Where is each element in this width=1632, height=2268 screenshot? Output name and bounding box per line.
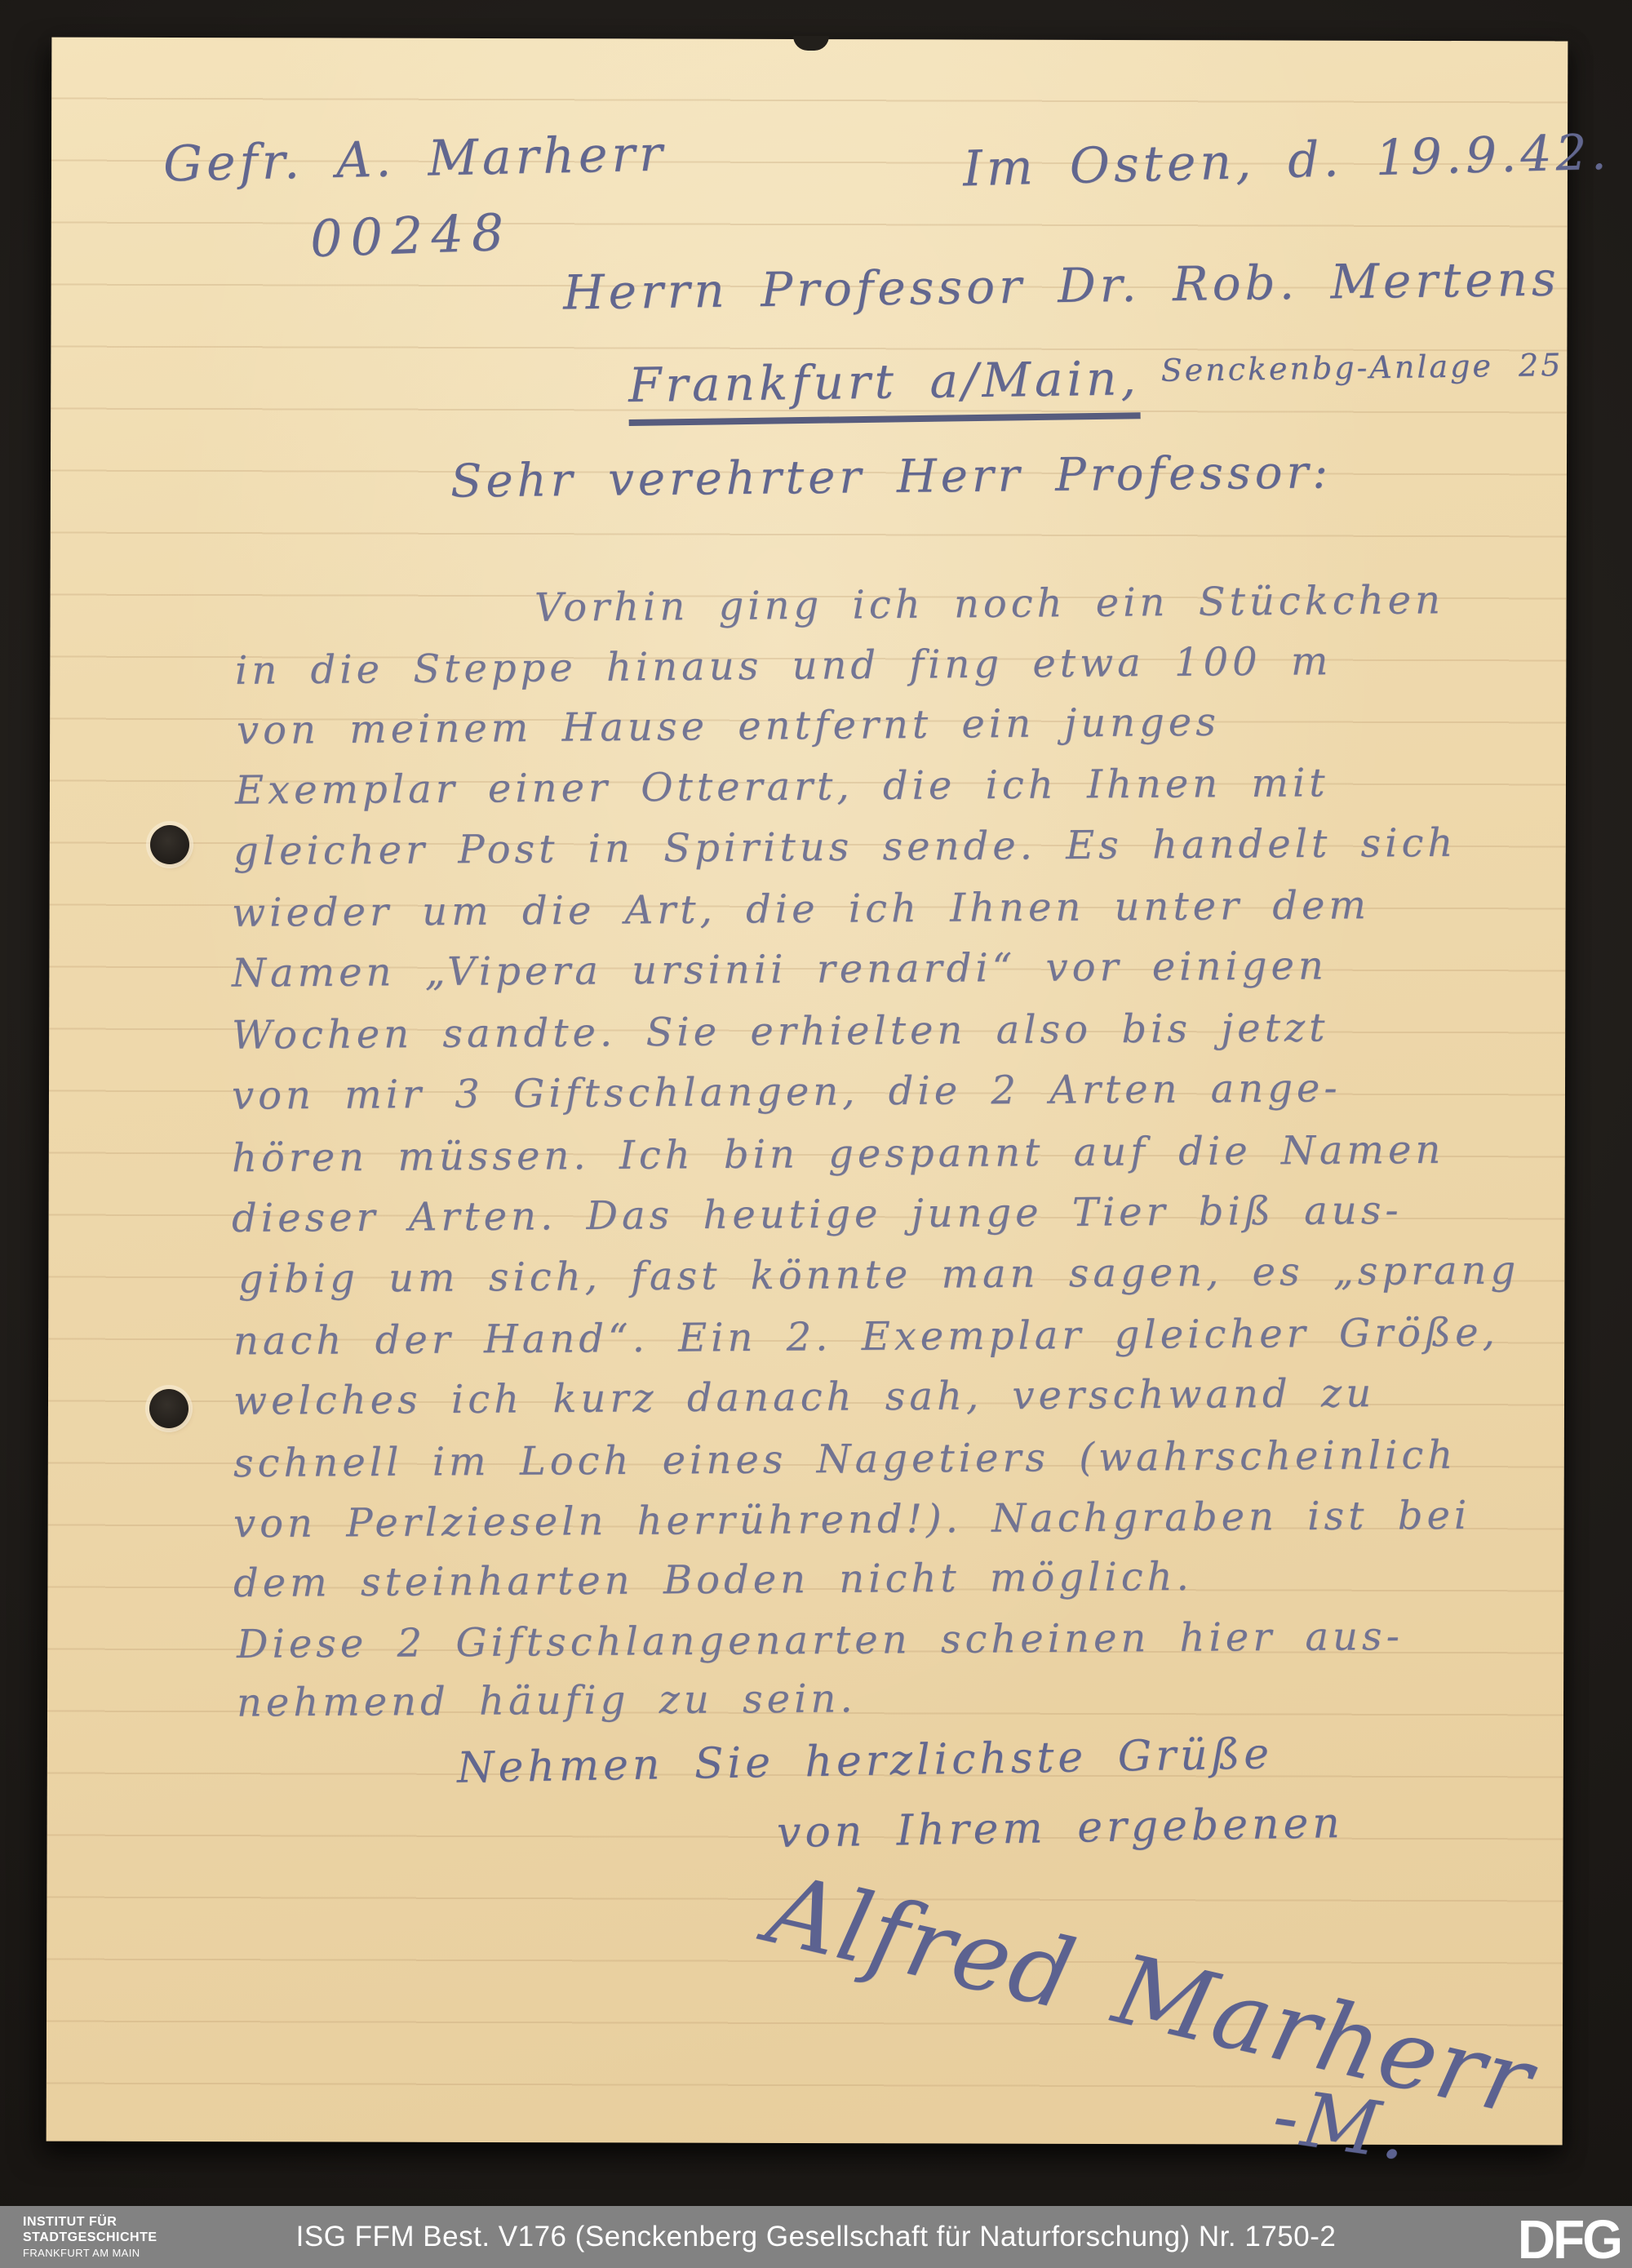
body-line: Exemplar einer Otterart, die ich Ihnen m… [235,760,1329,813]
punch-hole-top [150,825,189,864]
recipient-street: Senckenbg-Anlage 25 [1160,347,1563,388]
body-line: welches ich kurz danach sah, verschwand … [233,1370,1376,1424]
body-line: in die Steppe hinaus und fing etwa 100 m [235,638,1333,694]
sender-field-post-number: 00248 [309,202,513,269]
body-line: dem steinharten Boden nicht möglich. [233,1554,1193,1606]
body-line: Wochen sandte. Sie erhielten also bis je… [232,1005,1329,1058]
scan-background: { "colors": { "background": "#1e1b18", "… [0,0,1632,2268]
salutation: Sehr verehrter Herr Professor: [450,446,1333,508]
sender-name: Gefr. A. Marherr [162,126,667,193]
body-line: schnell im Loch eines Nagetiers (wahrsch… [233,1432,1457,1486]
body-line: von Perlzieseln herrührend!). Nachgraben… [233,1493,1471,1547]
body-line: Diese 2 Giftschlangenarten scheinen hier… [237,1613,1404,1667]
body-line: Namen „Vipera ursinii renardi“ vor einig… [232,943,1328,996]
archive-reference: ISG FFM Best. V176 (Senckenberg Gesellsc… [0,2221,1632,2253]
signature-initial: -M. [1267,2072,1417,2178]
body-line: nehmend häufig zu sein. [237,1675,857,1725]
archive-caption-bar: INSTITUT FÜR STADTGESCHICHTE FRANKFURT A… [0,2206,1632,2268]
body-line: Vorhin ging ich noch ein Stückchen [534,577,1444,631]
body-line: von meinem Hause entfernt ein junges [237,699,1220,754]
body-line: gleicher Post in Spiritus sende. Es hand… [233,820,1457,874]
body-line: hören müssen. Ich bin gespannt auf die N… [232,1127,1445,1181]
body-line: wieder um die Art, die ich Ihnen unter d… [232,882,1370,936]
body-line: von mir 3 Giftschlangen, die 2 Arten ang… [232,1065,1342,1118]
closing-line-2: von Ihrem ergebenen [777,1799,1345,1857]
body-line: gibig um sich, fast könnte man sagen, es… [238,1248,1520,1303]
dfg-logo: DFG [1518,2208,1621,2268]
body-line: nach der Hand“. Ein 2. Exemplar gleicher… [233,1310,1499,1365]
recipient-city: Frankfurt a/Main, [628,350,1141,426]
body-line: dieser Arten. Das heutige junge Tier biß… [232,1187,1403,1241]
punch-hole-bottom [149,1389,188,1428]
